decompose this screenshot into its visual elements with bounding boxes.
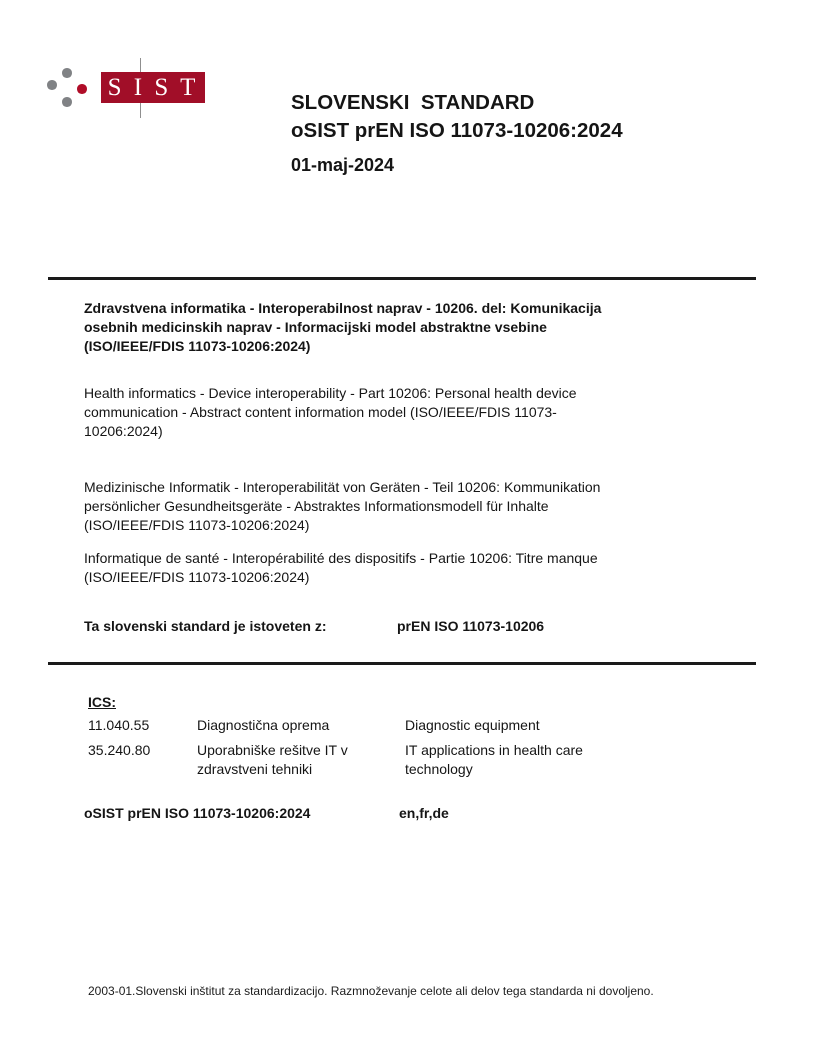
ics-row-code: 11.040.55 — [88, 716, 197, 735]
ics-row-description-en: Diagnostic equipment — [405, 716, 610, 735]
divider-top — [48, 277, 756, 280]
title-german-line: persönlicher Gesundheitsgeräte - Abstrak… — [84, 497, 600, 516]
copyright-notice: 2003-01.Slovenski inštitut za standardiz… — [88, 984, 654, 998]
identifier-languages: en,fr,de — [399, 805, 449, 821]
logo-dot-left — [47, 80, 57, 90]
ics-heading: ICS: — [88, 694, 116, 710]
ics-table: 11.040.55 Diagnostična oprema Diagnostic… — [88, 716, 738, 779]
standard-designation: oSIST prEN ISO 11073-10206:2024 — [291, 119, 623, 143]
standard-cover-page: S I S T SLOVENSKI STANDARD oSIST prEN IS… — [0, 0, 816, 1056]
identifier-code: oSIST prEN ISO 11073-10206:2024 — [84, 805, 310, 821]
title-slovenian-line: osebnih medicinskih naprav - Informacijs… — [84, 318, 601, 337]
title-slovenian-line: (ISO/IEEE/FDIS 11073-10206:2024) — [84, 337, 601, 356]
title-slovenian-line: Zdravstvena informatika - Interoperabiln… — [84, 299, 601, 318]
equivalence-value: prEN ISO 11073-10206 — [397, 618, 544, 634]
title-french-line: Informatique de santé - Interopérabilité… — [84, 549, 598, 568]
title-french-line: (ISO/IEEE/FDIS 11073-10206:2024) — [84, 568, 598, 587]
ics-row-description-sl: Diagnostična oprema — [197, 716, 405, 735]
document-type: SLOVENSKI STANDARD — [291, 91, 534, 115]
divider-bottom — [48, 662, 756, 665]
title-german-line: (ISO/IEEE/FDIS 11073-10206:2024) — [84, 516, 600, 535]
ics-row-description-en: IT applications in health care technolog… — [405, 741, 610, 779]
logo-dot-bottom — [62, 97, 72, 107]
title-english: Health informatics - Device interoperabi… — [84, 384, 577, 441]
identifier-line: oSIST prEN ISO 11073-10206:2024 en,fr,de — [84, 805, 310, 821]
title-french: Informatique de santé - Interopérabilité… — [84, 549, 598, 587]
title-english-line: 10206:2024) — [84, 422, 577, 441]
title-english-line: communication - Abstract content informa… — [84, 403, 577, 422]
equivalence-statement: Ta slovenski standard je istoveten z: pr… — [84, 618, 326, 634]
ics-row-code: 35.240.80 — [88, 741, 197, 779]
sist-logo-wordmark: S I S T — [101, 72, 205, 103]
logo-dot-red — [77, 84, 87, 94]
equivalence-label: Ta slovenski standard je istoveten z: — [84, 618, 326, 634]
title-german: Medizinische Informatik - Interoperabili… — [84, 478, 600, 535]
title-english-line: Health informatics - Device interoperabi… — [84, 384, 577, 403]
title-slovenian: Zdravstvena informatika - Interoperabiln… — [84, 299, 601, 356]
publication-date: 01-maj-2024 — [291, 155, 394, 176]
logo-dot-top — [62, 68, 72, 78]
title-german-line: Medizinische Informatik - Interoperabili… — [84, 478, 600, 497]
ics-row-description-sl: Uporabniške rešitve IT v zdravstveni teh… — [197, 741, 405, 779]
